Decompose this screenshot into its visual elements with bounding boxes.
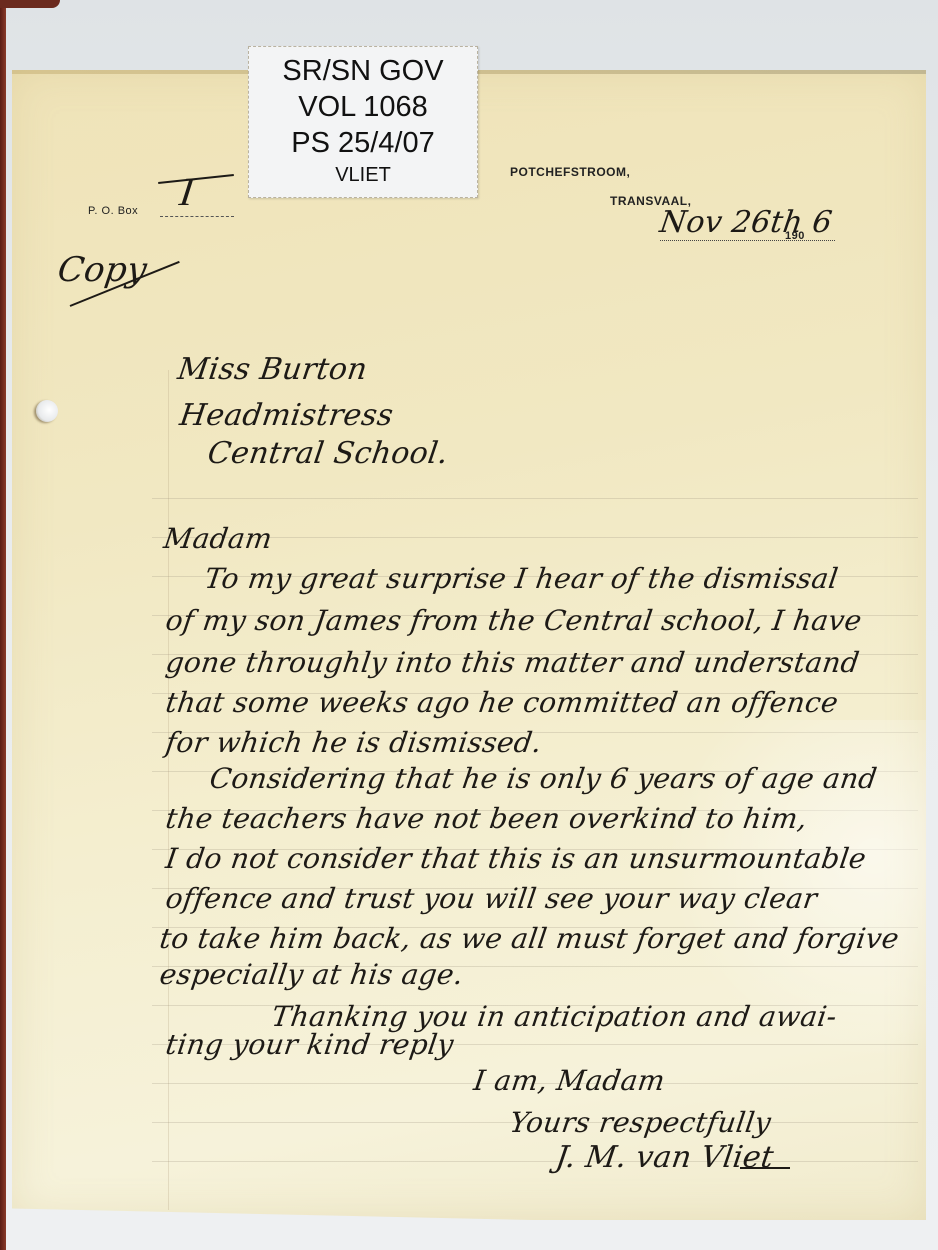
recipient-institution: Central School. (206, 436, 451, 471)
body-line: offence and trust you will see your way … (164, 882, 820, 915)
po-box-label: P. O. Box (88, 205, 138, 217)
body-line: the teachers have not been overkind to h… (164, 802, 810, 835)
body-line: especially at his age. (158, 958, 466, 991)
po-box-rule (160, 216, 234, 217)
body-line: of my son James from the Central school,… (164, 604, 864, 637)
body-line: I do not consider that this is an unsurm… (164, 842, 869, 875)
date-rule (660, 240, 835, 241)
frame-edge-left (0, 0, 6, 1250)
letter-paper (12, 70, 926, 1220)
recipient-title: Headmistress (178, 398, 396, 433)
signature-flourish (740, 1167, 790, 1169)
body-line: gone throughly into this matter and unde… (164, 646, 862, 679)
signature: J. M. van Vliet (554, 1140, 776, 1175)
body-line: To my great surprise I hear of the dismi… (203, 562, 841, 595)
archive-label-name: VLIET (249, 163, 477, 187)
letterhead-town: POTCHEFSTROOM, (510, 165, 630, 179)
date-handwritten: Nov 26th 6 (658, 205, 835, 240)
archive-label-reference: PS 25/4/07 (249, 125, 477, 161)
body-line: that some weeks ago he committed an offe… (164, 686, 841, 719)
punch-hole (36, 400, 58, 422)
body-line: ting your kind reply (164, 1028, 456, 1061)
salutation: Madam (162, 522, 275, 555)
body-line: Considering that he is only 6 years of a… (208, 762, 880, 795)
body-line: to take him back, as we all must forget … (158, 922, 902, 955)
closing-valediction: Yours respectfully (508, 1106, 774, 1139)
closing-line: I am, Madam (472, 1064, 667, 1097)
recipient-name: Miss Burton (176, 352, 370, 387)
copy-annotation: Copy (55, 250, 149, 290)
body-line: for which he is dismissed. (164, 726, 544, 759)
archive-label: SR/SN GOV VOL 1068 PS 25/4/07 VLIET (248, 46, 478, 198)
archive-label-volume: VOL 1068 (249, 89, 477, 125)
margin-line (168, 370, 169, 1210)
frame-edge-corner (0, 0, 60, 8)
archive-label-series: SR/SN GOV (249, 53, 477, 89)
